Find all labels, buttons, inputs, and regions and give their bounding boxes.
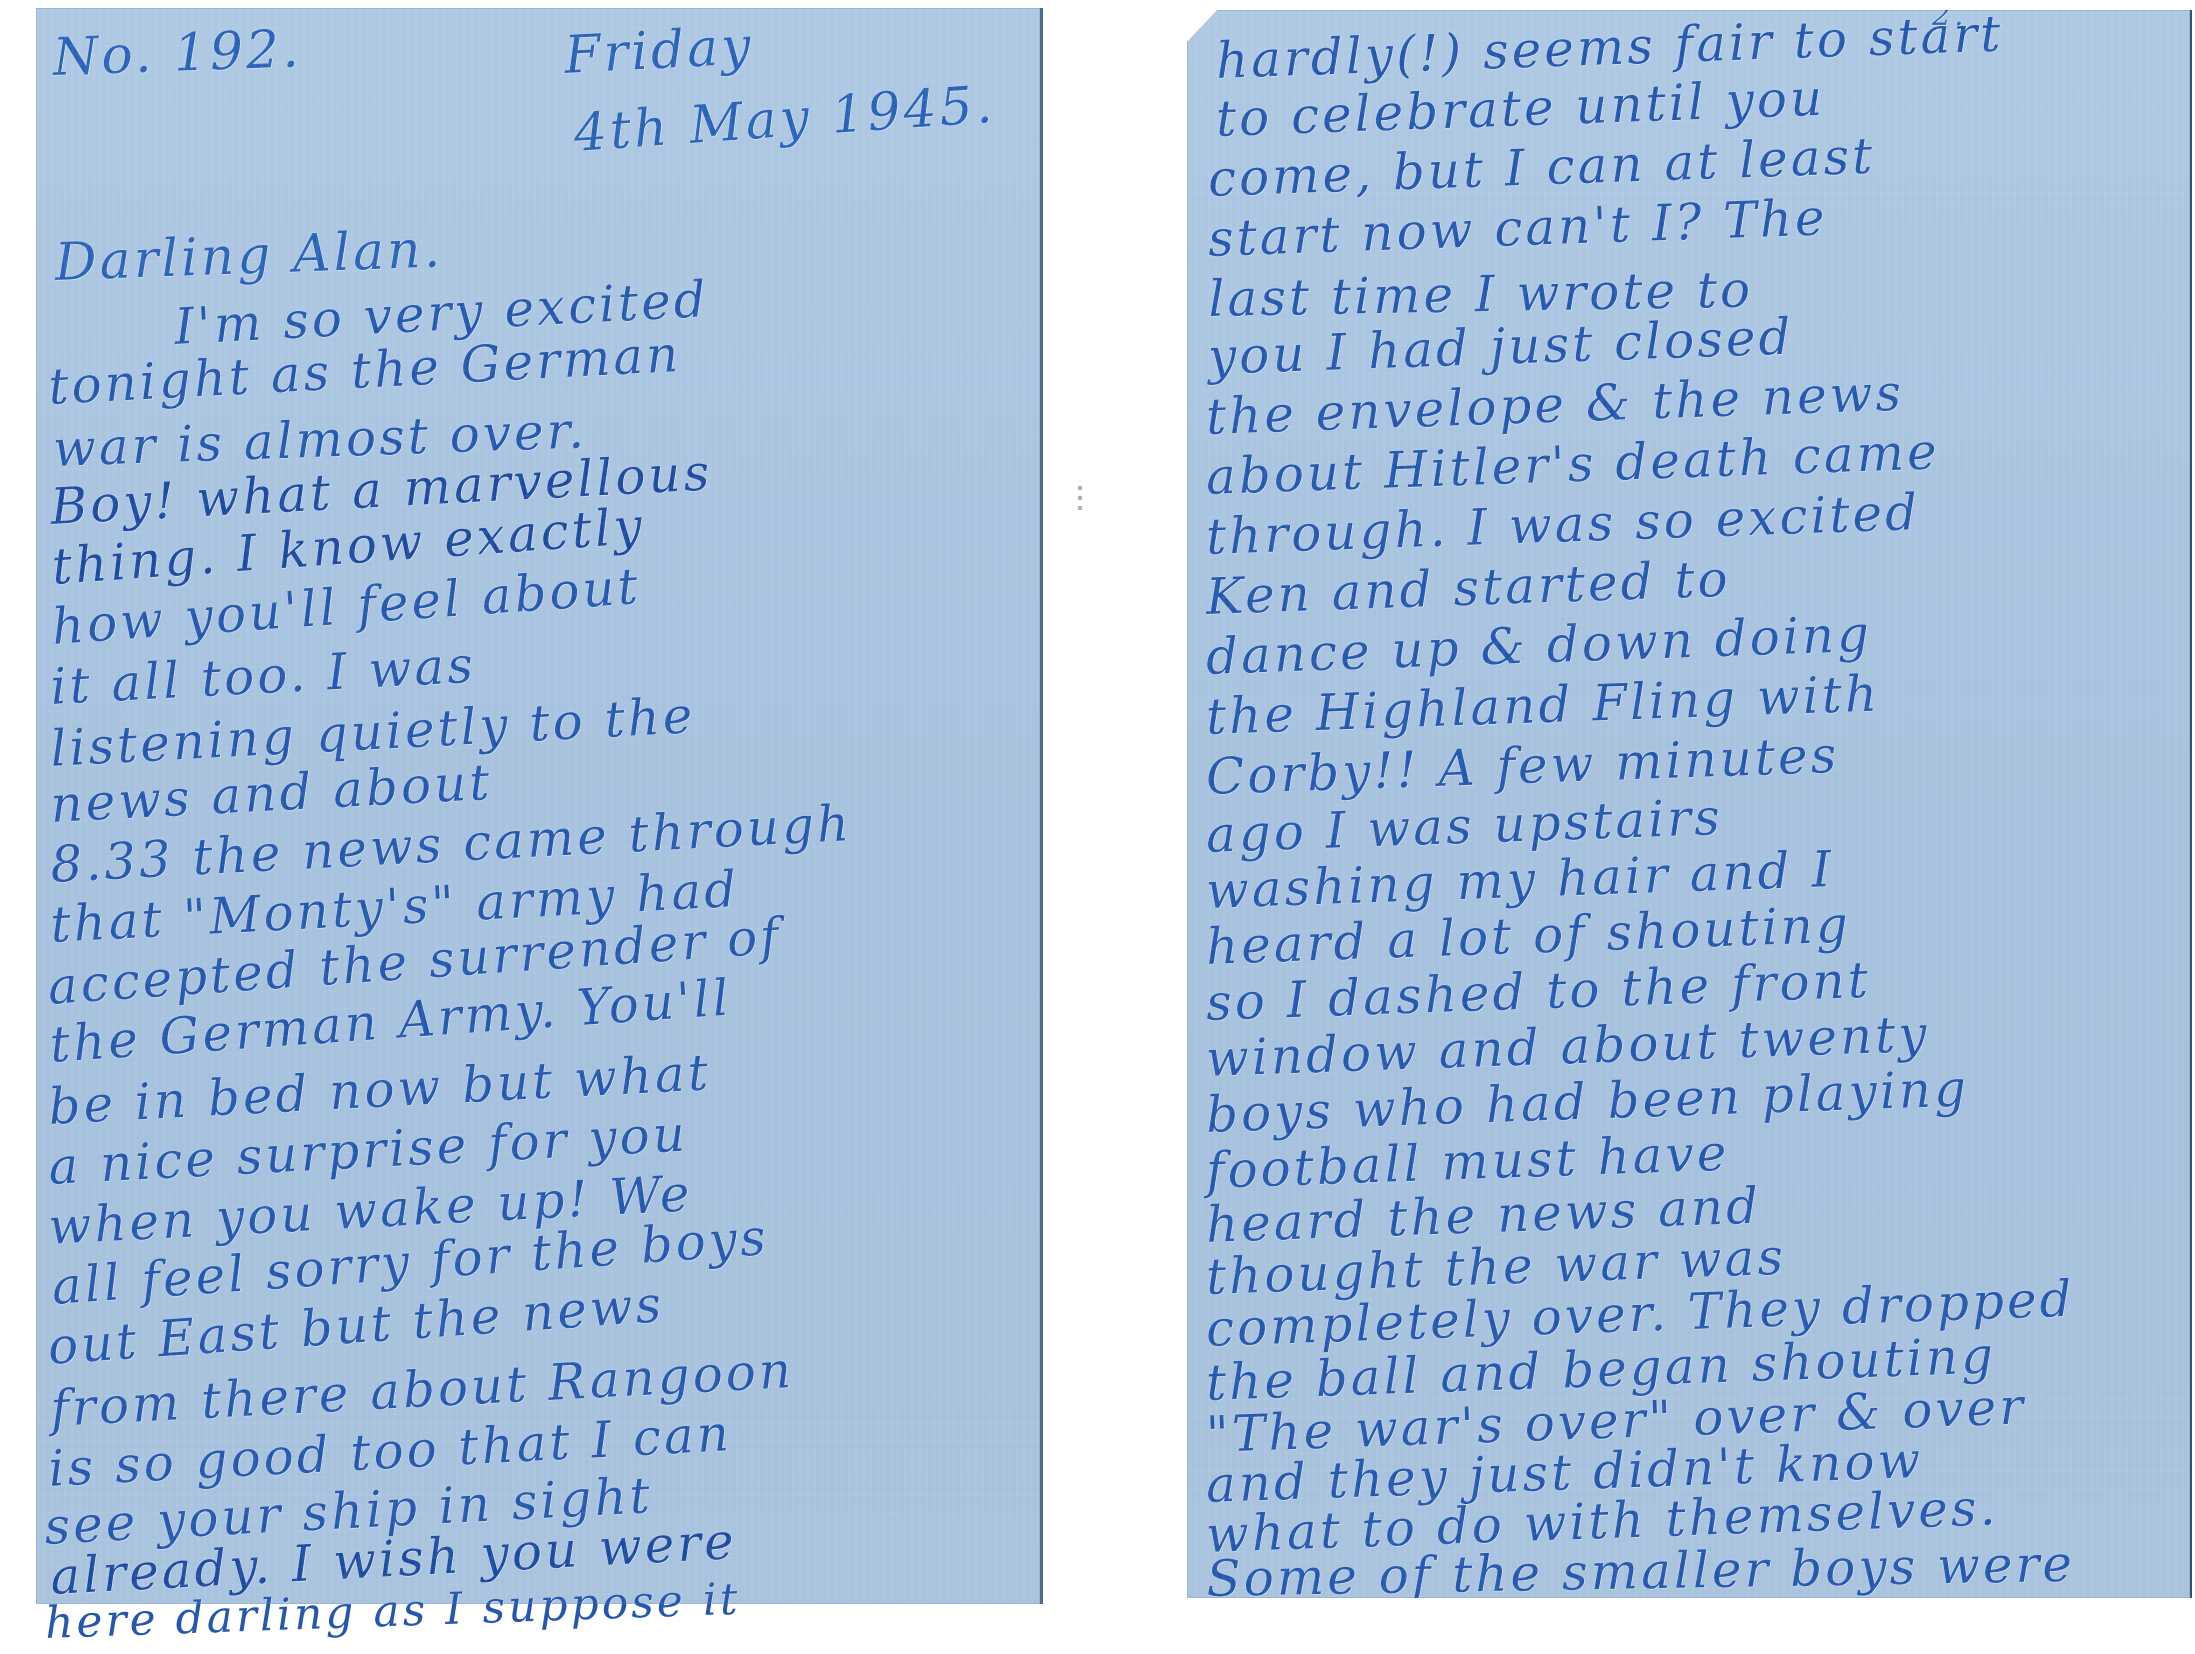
letter-number: No. 192.	[52, 19, 303, 88]
letter-date: 4th May 1945.	[572, 75, 997, 164]
letter-day: Friday	[563, 16, 755, 86]
salutation: Darling Alan.	[54, 219, 444, 293]
staple-marks	[1078, 480, 1084, 540]
letter-page-1: No. 192. Friday 4th May 1945. Darling Al…	[36, 8, 1043, 1604]
letter-page-2: 2. hardly(!) seems fair to start to cele…	[1187, 10, 2192, 1598]
